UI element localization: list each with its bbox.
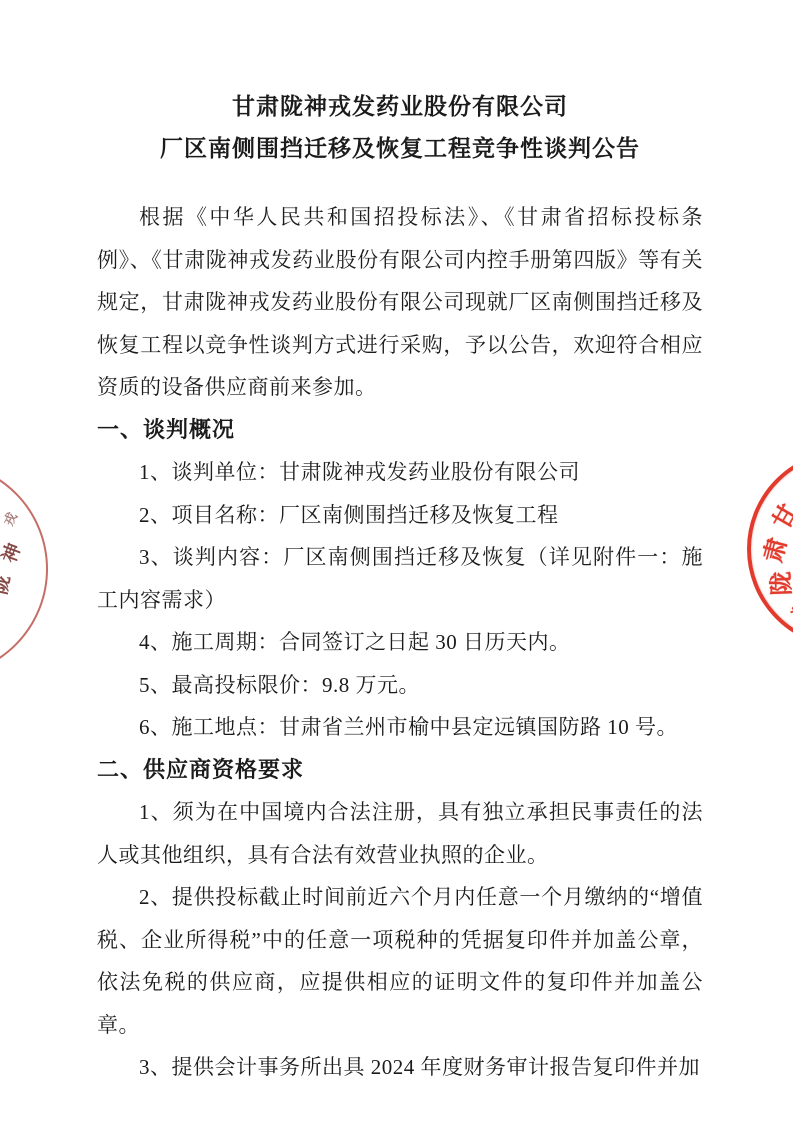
section-1-item-6: 6、施工地点：甘肃省兰州市榆中县定远镇国防路 10 号。 bbox=[97, 706, 703, 749]
scanned-document-page: 甘肃陇神戎发药业股份有限公司 厂区南侧围挡迁移及恢复工程竞争性谈判公告 根据《中… bbox=[0, 0, 793, 1122]
document-title-line-2: 厂区南侧围挡迁移及恢复工程竞争性谈判公告 bbox=[97, 128, 703, 170]
section-1-item-5: 5、最高投标限价：9.8 万元。 bbox=[97, 664, 703, 707]
section-2-heading: 二、供应商资格要求 bbox=[97, 749, 703, 792]
section-2-item-2: 2、提供投标截止时间前近六个月内任意一个月缴纳的“增值税、企业所得税”中的任意一… bbox=[97, 876, 703, 1046]
seal-character: 陇 bbox=[0, 572, 16, 596]
title-body-spacer bbox=[97, 170, 703, 196]
section-2-item-3: 3、提供会计事务所出具 2024 年度财务审计报告复印件并加 bbox=[97, 1046, 703, 1089]
seal-character: 陇 bbox=[761, 571, 793, 596]
section-2-item-1: 1、须为在中国境内合法注册，具有独立承担民事责任的法人或其他组织，具有合法有效营… bbox=[97, 791, 703, 876]
section-1-item-4: 4、施工周期：合同签订之日起 30 日历天内。 bbox=[97, 621, 703, 664]
seal-character: 神 bbox=[0, 539, 26, 566]
document-content: 甘肃陇神戎发药业股份有限公司 厂区南侧围挡迁移及恢复工程竞争性谈判公告 根据《中… bbox=[97, 86, 703, 1089]
document-title-line-1: 甘肃陇神戎发药业股份有限公司 bbox=[97, 86, 703, 128]
section-1-item-3: 3、谈判内容：厂区南侧围挡迁移及恢复（详见附件一：施工内容需求） bbox=[97, 536, 703, 621]
section-1-item-1: 1、谈判单位：甘肃陇神戎发药业股份有限公司 bbox=[97, 451, 703, 494]
seal-character: 甘 bbox=[762, 496, 793, 534]
company-round-seal-icon: 洽 甘 肃 陇 神 bbox=[747, 450, 793, 648]
section-1-heading: 一、谈判概况 bbox=[97, 409, 703, 452]
section-1-item-2: 2、项目名称：厂区南侧围挡迁移及恢复工程 bbox=[97, 494, 703, 537]
seal-character: 神 bbox=[786, 602, 793, 623]
intro-paragraph: 根据《中华人民共和国招投标法》、《甘肃省招标投标条例》、《甘肃陇神戎发药业股份有… bbox=[97, 196, 703, 409]
faint-offset-seal-icon: 戎 神 陇 发 bbox=[0, 461, 48, 677]
seal-character: 肃 bbox=[753, 533, 793, 565]
seal-character: 戎 bbox=[0, 508, 21, 528]
